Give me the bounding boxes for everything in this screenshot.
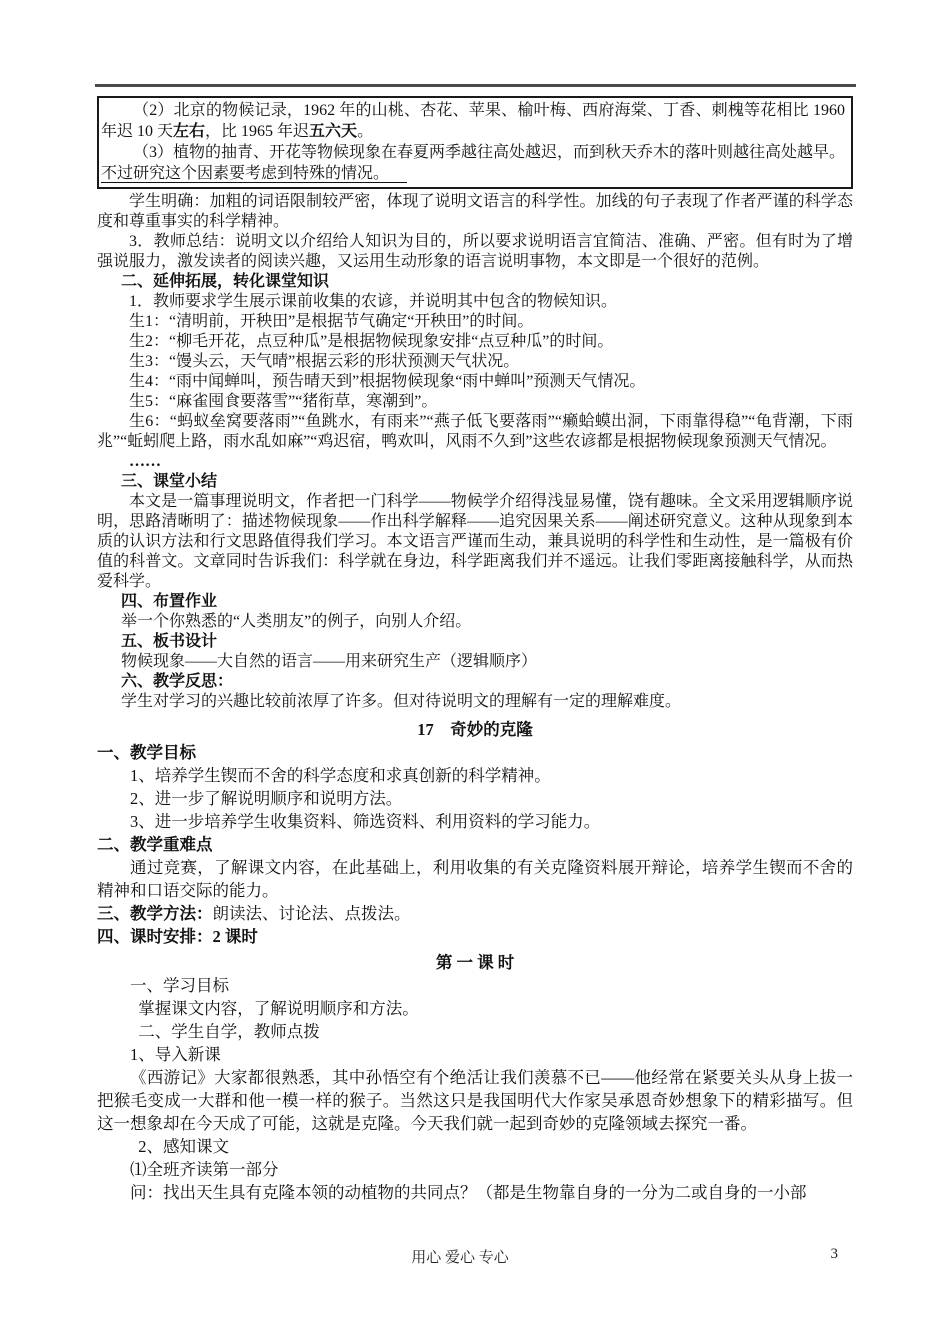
paragraph-lesson-intro: 《西游记》大家都很熟悉，其中孙悟空有个绝活让我们羡慕不已——他经常在紧要关头从身… bbox=[97, 1066, 853, 1135]
text-run: （3）植物的抽青、开花等物候现象在春夏两季越往高处越迟，而到秋天乔木的落叶则越往… bbox=[133, 144, 845, 161]
heading-perceive-text: 2、感知课文 bbox=[97, 1135, 853, 1158]
bold-run: 五六天 bbox=[309, 123, 357, 140]
paragraph-ellipsis: …… bbox=[97, 452, 853, 472]
paragraph-board-design: 物候现象——大自然的语言——用来研究生产（逻辑顺序） bbox=[97, 652, 853, 672]
paragraph-student-5: 生5：“麻雀囤食要落雪”“猪衔草，寒潮到”。 bbox=[97, 392, 853, 412]
paragraph-teaching-reflection: 学生对学习的兴趣比较前浓厚了许多。但对待说明文的理解有一定的理解难度。 bbox=[97, 692, 853, 712]
page-number: 3 bbox=[831, 1246, 839, 1263]
text-run: ，比 1965 年迟 bbox=[205, 123, 309, 140]
bold-run: 左右 bbox=[173, 123, 205, 140]
heading-lesson-intro: 1、导入新课 bbox=[97, 1043, 853, 1066]
paragraph-key-difficulty: 通过竞赛，了解课文内容，在此基础上，利用收集的有关克隆资料展开辩论，培养学生锲而… bbox=[97, 856, 853, 902]
paragraph-student-6: 生6：“蚂蚁垒窝要落雨”“鱼跳水，有雨来”“燕子低飞要落雨”“癞蛤蟆出洞，下雨靠… bbox=[97, 412, 853, 452]
heading-self-study: 二、学生自学，教师点拨 bbox=[97, 1020, 853, 1043]
heading-key-difficulty: 二、教学重难点 bbox=[97, 833, 853, 856]
paragraph-student-clarify: 学生明确：加粗的词语限制较严密，体现了说明文语言的科学性。加线的句子表现了作者严… bbox=[97, 192, 853, 232]
heading-class-summary: 三、课堂小结 bbox=[97, 472, 853, 492]
document-page: （2）北京的物候记录，1962 年的山桃、杏花、苹果、榆叶梅、西府海棠、丁香、刺… bbox=[0, 0, 950, 1344]
paragraph-homework: 举一个你熟悉的“人类朋友”的例子，向别人介绍。 bbox=[97, 612, 853, 632]
paragraph-student-2: 生2：“柳毛开花，点豆种瓜”是根据物候现象安排“点豆种瓜”的时间。 bbox=[97, 332, 853, 352]
paragraph-student-4: 生4：“雨中闻蝉叫，预告晴天到”根据物候现象“雨中蝉叫”预测天气情况。 bbox=[97, 372, 853, 392]
boxed-excerpt: （2）北京的物候记录，1962 年的山桃、杏花、苹果、榆叶梅、西府海棠、丁香、刺… bbox=[97, 96, 853, 189]
underlined-run: 不过研究这个因素要考虑到特殊的情况。 bbox=[101, 165, 407, 183]
heading-read-part-one: ⑴全班齐读第一部分 bbox=[97, 1158, 853, 1181]
text-run: 朗读法、讨论法、点拨法。 bbox=[213, 904, 411, 923]
paragraph-goal-1: 1、培养学生锲而不舍的科学态度和求真创新的科学精神。 bbox=[97, 764, 853, 787]
heading-extend-knowledge: 二、延伸拓展，转化课堂知识 bbox=[97, 272, 853, 292]
footer-motto: 用心 爱心 专心 bbox=[0, 1246, 920, 1267]
paragraph-class-summary: 本文是一篇事理说明文，作者把一门科学——物候学介绍得浅显易懂，饶有趣味。全文采用… bbox=[97, 492, 853, 592]
heading-learning-goal: 一、学习目标 bbox=[97, 974, 853, 997]
heading-board-design: 五、板书设计 bbox=[97, 632, 853, 652]
bold-run: 三、教学方法： bbox=[97, 904, 213, 923]
paragraph-goal-2: 2、进一步了解说明顺序和说明方法。 bbox=[97, 787, 853, 810]
heading-schedule: 四、课时安排：2 课时 bbox=[97, 925, 853, 948]
paragraph-teacher-summary: 3．教师总结：说明文以介绍给人知识为目的，所以要求说明语言宜简洁、准确、严密。但… bbox=[97, 232, 853, 272]
paragraph-proverbs-task: 1．教师要求学生展示课前收集的农谚，并说明其中包含的物候知识。 bbox=[97, 292, 853, 312]
paragraph-student-1: 生1：“清明前，开秧田”是根据节气确定“开秧田”的时间。 bbox=[97, 312, 853, 332]
paragraph-teaching-methods: 三、教学方法：朗读法、讨论法、点拨法。 bbox=[97, 902, 853, 925]
heading-teaching-goals: 一、教学目标 bbox=[97, 741, 853, 764]
header-rule bbox=[95, 84, 856, 87]
paragraph-goal-3: 3、进一步培养学生收集资料、筛选资料、利用资料的学习能力。 bbox=[97, 810, 853, 833]
lesson-one-title: 第 一 课 时 bbox=[97, 951, 853, 974]
heading-teaching-reflection: 六、教学反思： bbox=[97, 672, 853, 692]
document-body: （2）北京的物候记录，1962 年的山桃、杏花、苹果、榆叶梅、西府海棠、丁香、刺… bbox=[97, 96, 853, 1204]
paragraph-question: 问：找出天生具有克隆本领的动植物的共同点？（都是生物靠自身的一分为二或自身的一小… bbox=[97, 1181, 853, 1204]
box-paragraph-plants: （3）植物的抽青、开花等物候现象在春夏两季越往高处越迟，而到秋天乔木的落叶则越往… bbox=[101, 142, 845, 184]
chapter-title-cloning: 17 奇妙的克隆 bbox=[97, 718, 853, 741]
paragraph-learning-goal: 掌握课文内容，了解说明顺序和方法。 bbox=[97, 997, 853, 1020]
text-run: 。 bbox=[357, 123, 373, 140]
paragraph-student-3: 生3：“馒头云，天气晴”根据云彩的形状预测天气状况。 bbox=[97, 352, 853, 372]
box-paragraph-beijing-records: （2）北京的物候记录，1962 年的山桃、杏花、苹果、榆叶梅、西府海棠、丁香、刺… bbox=[101, 100, 845, 142]
heading-homework: 四、布置作业 bbox=[97, 592, 853, 612]
